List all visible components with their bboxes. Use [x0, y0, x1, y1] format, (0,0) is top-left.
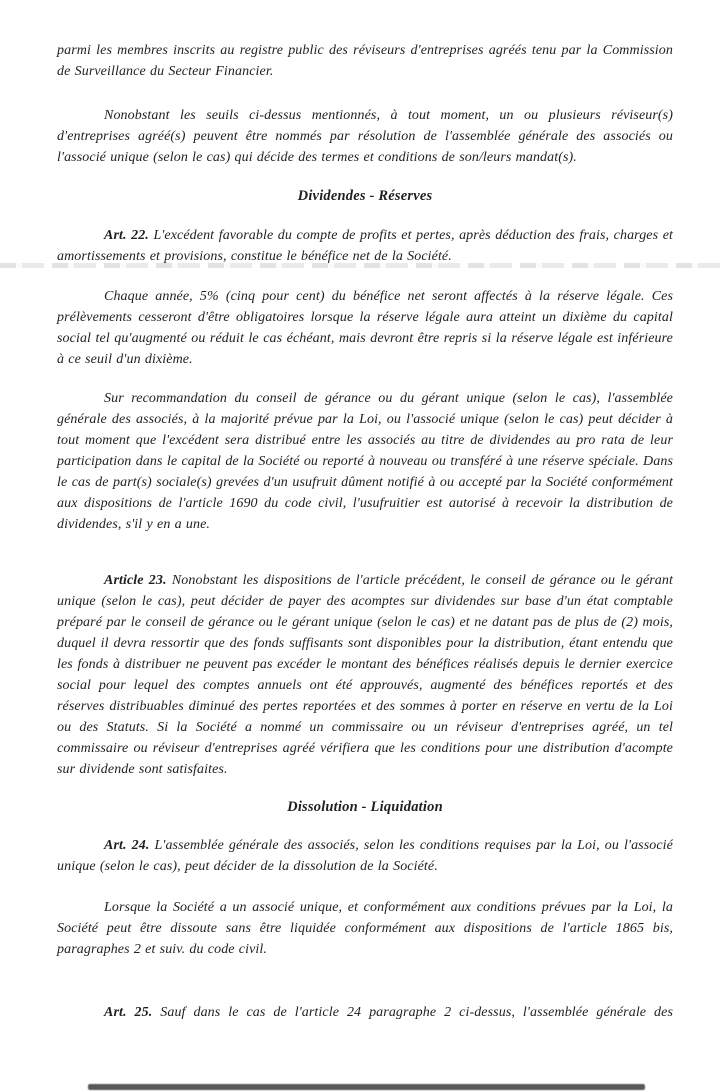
paragraph: Sur recommandation du conseil de gérance… [57, 388, 673, 535]
paragraph-text: parmi les membres inscrits au registre p… [57, 43, 673, 79]
scan-artifact-line [0, 263, 727, 268]
article-label: Article 23. [104, 573, 167, 588]
paragraph-text: Sauf dans le cas de l'article 24 paragra… [160, 1005, 673, 1020]
paragraph-text: Nonobstant les dispositions de l'article… [57, 573, 673, 777]
paragraph-text: Lorsque la Société a un associé unique, … [57, 900, 673, 957]
paragraph-text: L'excédent favorable du compte de profit… [57, 228, 673, 264]
paragraph: Art. 25. Sauf dans le cas de l'article 2… [57, 1002, 673, 1023]
paragraph: Nonobstant les seuils ci-dessus mentionn… [57, 105, 673, 168]
paragraph: Chaque année, 5% (cinq pour cent) du bén… [57, 286, 673, 370]
article-label: Art. 25. [104, 1005, 152, 1020]
paragraph-text: Sur recommandation du conseil de gérance… [57, 391, 673, 532]
section-heading: Dividendes - Réserves [57, 186, 673, 207]
article-label: Art. 22. [104, 228, 149, 243]
scan-shadow-bar [88, 1084, 645, 1090]
paragraph: Article 23. Nonobstant les dispositions … [57, 570, 673, 780]
paragraph-text: Chaque année, 5% (cinq pour cent) du bén… [57, 289, 673, 367]
section-heading: Dissolution - Liquidation [57, 797, 673, 818]
paragraph: Art. 24. L'assemblée générale des associ… [57, 835, 673, 877]
document-page: parmi les membres inscrits au registre p… [0, 0, 727, 1091]
article-label: Art. 24. [104, 838, 149, 853]
paragraph: Art. 22. L'excédent favorable du compte … [57, 225, 673, 267]
document-body: parmi les membres inscrits au registre p… [57, 40, 673, 1023]
paragraph: parmi les membres inscrits au registre p… [57, 40, 673, 82]
paragraph-text: Nonobstant les seuils ci-dessus mentionn… [57, 108, 673, 165]
paragraph-text: L'assemblée générale des associés, selon… [57, 838, 673, 874]
paragraph: Lorsque la Société a un associé unique, … [57, 897, 673, 960]
